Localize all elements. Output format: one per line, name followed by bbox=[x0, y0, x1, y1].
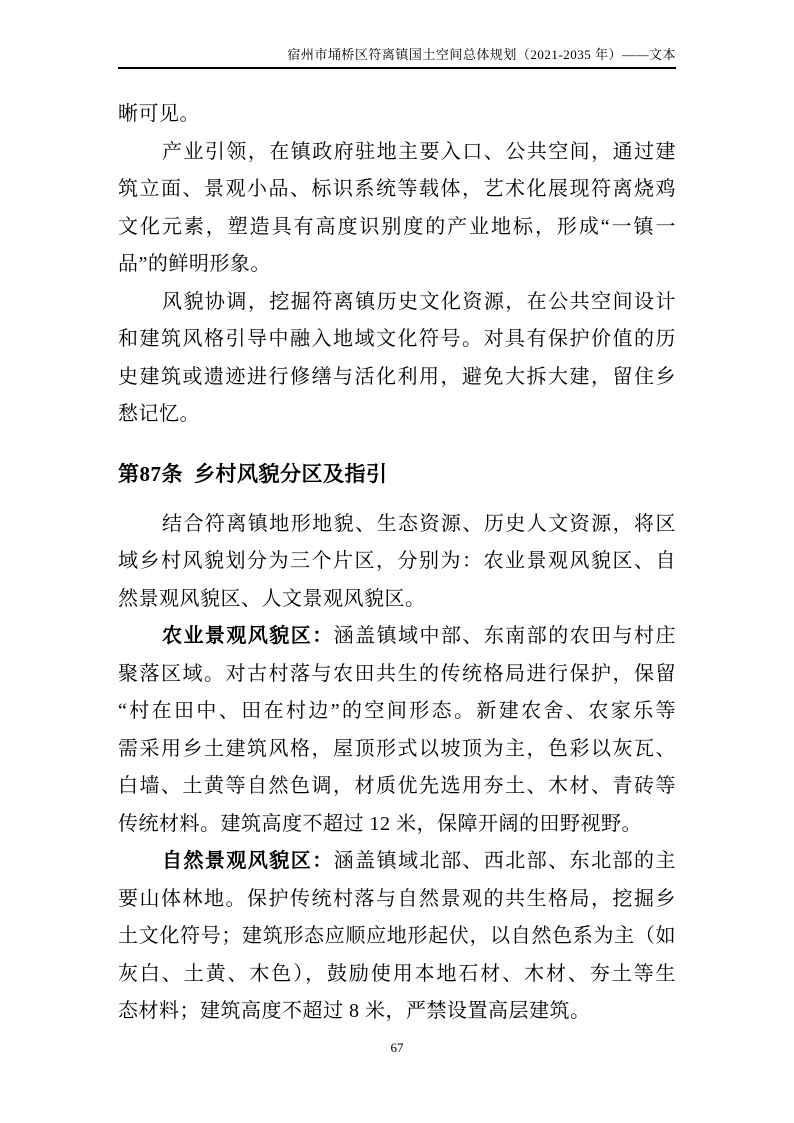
text-line: 品”的鲜明形象。 bbox=[118, 246, 676, 284]
bold-run: 农业景观风貌区： bbox=[162, 625, 334, 647]
text-line: 筑立面、景观小品、标识系统等载体，艺术化展现符离烧鸡 bbox=[118, 171, 676, 209]
text-line: 愁记忆。 bbox=[118, 396, 676, 434]
text-run: 品”的鲜明形象。 bbox=[118, 253, 271, 275]
text-line: “村在田中、田在村边”的空间形态。新建农舍、农家乐等 bbox=[118, 693, 676, 731]
text-run: 要山体林地。保护传统村落与自然景观的共生格局，挖掘乡 bbox=[118, 888, 676, 910]
text-run: 产业引领，在镇政府驻地主要入口、公共空间，通过建 bbox=[162, 141, 676, 163]
text-run: 聚落区域。对古村落与农田共生的传统格局进行保护，保留 bbox=[118, 663, 676, 685]
text-run: 然景观风貌区、人文景观风貌区。 bbox=[118, 588, 426, 610]
text-run: 晰可见。 bbox=[118, 103, 200, 125]
paragraph: 产业引领，在镇政府驻地主要入口、公共空间，通过建筑立面、景观小品、标识系统等载体… bbox=[118, 134, 676, 284]
paragraph: 结合符离镇地形地貌、生态资源、历史人文资源，将区域乡村风貌划分为三个片区，分别为… bbox=[118, 506, 676, 619]
text-run: 灰白、土黄、木色），鼓励使用本地石材、木材、夯土等生 bbox=[118, 963, 676, 985]
text-line: 自然景观风貌区：涵盖镇域北部、西北部、东北部的主 bbox=[118, 843, 676, 881]
text-line: 土文化符号；建筑形态应顺应地形起伏，以自然色系为主（如 bbox=[118, 918, 676, 956]
text-run: 涵盖镇域中部、东南部的农田与村庄 bbox=[334, 625, 676, 647]
text-run: 风貌协调，挖掘符离镇历史文化资源，在公共空间设计 bbox=[162, 291, 676, 313]
paragraph: 晰可见。 bbox=[118, 96, 676, 134]
text-run: 愁记忆。 bbox=[118, 403, 200, 425]
paragraph: 自然景观风貌区：涵盖镇域北部、西北部、东北部的主要山体林地。保护传统村落与自然景… bbox=[118, 843, 676, 1031]
text-line: 灰白、土黄、木色），鼓励使用本地石材、木材、夯土等生 bbox=[118, 956, 676, 994]
page-number: 67 bbox=[391, 1040, 404, 1055]
text-run: 需采用乡土建筑风格，屋顶形式以坡顶为主，色彩以灰瓦、 bbox=[118, 738, 676, 760]
text-run: 结合符离镇地形地貌、生态资源、历史人文资源，将区 bbox=[162, 513, 676, 535]
text-run: 史建筑或遗迹进行修缮与活化利用，避免大拆大建，留住乡 bbox=[118, 366, 676, 388]
text-run: 文化元素，塑造具有高度识别度的产业地标，形成“一镇一 bbox=[118, 216, 676, 238]
text-run: 和建筑风格引导中融入地域文化符号。对具有保护价值的历 bbox=[118, 328, 676, 350]
text-line: 要山体林地。保护传统村落与自然景观的共生格局，挖掘乡 bbox=[118, 881, 676, 919]
text-run: 土文化符号；建筑形态应顺应地形起伏，以自然色系为主（如 bbox=[118, 925, 676, 947]
paragraph: 农业景观风貌区：涵盖镇域中部、东南部的农田与村庄聚落区域。对古村落与农田共生的传… bbox=[118, 618, 676, 843]
text-line: 白墙、土黄等自然色调，材质优先选用夯土、木材、青砖等 bbox=[118, 768, 676, 806]
text-run: 态材料；建筑高度不超过 8 米，严禁设置高层建筑。 bbox=[118, 1000, 591, 1022]
page-header: 宿州市埇桥区符离镇国土空间总体规划（2021-2035 年）——文本 bbox=[118, 0, 676, 69]
text-line: 传统材料。建筑高度不超过 12 米，保障开阔的田野视野。 bbox=[118, 806, 676, 844]
text-line: 农业景观风貌区：涵盖镇域中部、东南部的农田与村庄 bbox=[118, 618, 676, 656]
document-page: 宿州市埇桥区符离镇国土空间总体规划（2021-2035 年）——文本 晰可见。产… bbox=[0, 0, 794, 1123]
section-heading: 第87条乡村风貌分区及指引 bbox=[118, 455, 676, 493]
bold-run: 自然景观风貌区： bbox=[162, 850, 334, 872]
document-body: 晰可见。产业引领，在镇政府驻地主要入口、公共空间，通过建筑立面、景观小品、标识系… bbox=[118, 96, 676, 1031]
text-line: 结合符离镇地形地貌、生态资源、历史人文资源，将区 bbox=[118, 506, 676, 544]
text-run: 涵盖镇域北部、西北部、东北部的主 bbox=[334, 850, 676, 872]
text-line: 产业引领，在镇政府驻地主要入口、公共空间，通过建 bbox=[118, 134, 676, 172]
text-line: 晰可见。 bbox=[118, 96, 676, 134]
section-number: 第87条 bbox=[118, 462, 183, 486]
section-title: 乡村风貌分区及指引 bbox=[194, 462, 388, 486]
header-title: 宿州市埇桥区符离镇国土空间总体规划（2021-2035 年）——文本 bbox=[287, 47, 676, 62]
text-line: 文化元素，塑造具有高度识别度的产业地标，形成“一镇一 bbox=[118, 209, 676, 247]
text-line: 史建筑或遗迹进行修缮与活化利用，避免大拆大建，留住乡 bbox=[118, 359, 676, 397]
text-run: 传统材料。建筑高度不超过 12 米，保障开阔的田野视野。 bbox=[118, 813, 642, 835]
text-line: 然景观风貌区、人文景观风貌区。 bbox=[118, 581, 676, 619]
text-run: 域乡村风貌划分为三个片区，分别为：农业景观风貌区、自 bbox=[118, 550, 676, 572]
page-footer: 67 bbox=[0, 1040, 794, 1056]
text-run: 白墙、土黄等自然色调，材质优先选用夯土、木材、青砖等 bbox=[118, 775, 676, 797]
text-run: “村在田中、田在村边”的空间形态。新建农舍、农家乐等 bbox=[118, 700, 676, 722]
text-run: 筑立面、景观小品、标识系统等载体，艺术化展现符离烧鸡 bbox=[118, 178, 676, 200]
text-line: 态材料；建筑高度不超过 8 米，严禁设置高层建筑。 bbox=[118, 993, 676, 1031]
paragraph: 风貌协调，挖掘符离镇历史文化资源，在公共空间设计和建筑风格引导中融入地域文化符号… bbox=[118, 284, 676, 434]
text-line: 聚落区域。对古村落与农田共生的传统格局进行保护，保留 bbox=[118, 656, 676, 694]
text-line: 风貌协调，挖掘符离镇历史文化资源，在公共空间设计 bbox=[118, 284, 676, 322]
text-line: 和建筑风格引导中融入地域文化符号。对具有保护价值的历 bbox=[118, 321, 676, 359]
text-line: 需采用乡土建筑风格，屋顶形式以坡顶为主，色彩以灰瓦、 bbox=[118, 731, 676, 769]
text-line: 域乡村风貌划分为三个片区，分别为：农业景观风貌区、自 bbox=[118, 543, 676, 581]
